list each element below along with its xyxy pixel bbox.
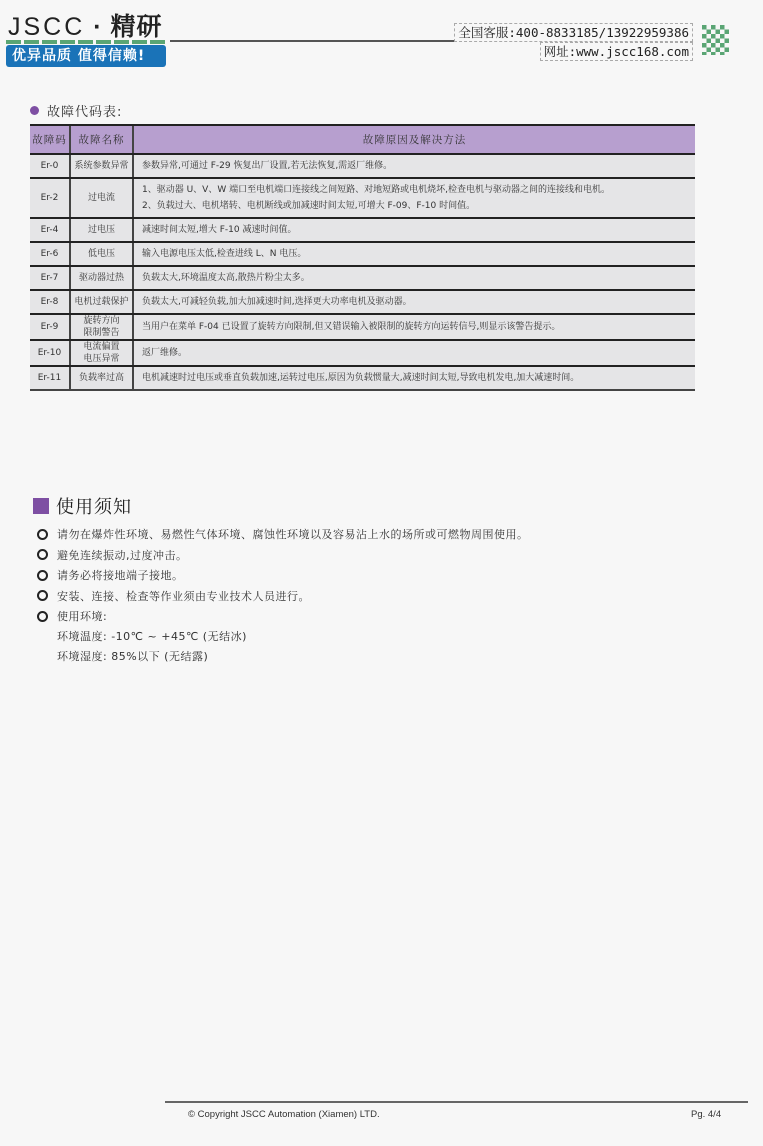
fault-code: Er-7 [30,266,70,290]
copyright-text: © Copyright JSCC Automation (Xiamen) LTD… [188,1109,380,1120]
company-logo: JSCC · 精研 [8,14,163,40]
fault-solution: 负载太大,可减轻负载,加大加减速时间,选择更大功率电机及驱动器。 [133,290,695,314]
table-row: Er-9 旋转方向 限制警告 当用户在菜单 F-04 已设置了旋转方向限制,但又… [30,314,695,340]
fault-name: 驱动器过热 [70,266,133,290]
bullet-dot-icon [30,106,39,115]
fault-name-line-1: 电流偏置 [71,341,132,353]
fault-name: 旋转方向 限制警告 [70,314,133,340]
fault-code: Er-9 [30,314,70,340]
usage-notes-list: 请勿在爆炸性环境、易燃性气体环境、腐蚀性环境以及容易沾上水的场所或可燃物周围使用… [37,524,529,667]
fault-name: 低电压 [70,242,133,266]
note-text: 请勿在爆炸性环境、易燃性气体环境、腐蚀性环境以及容易沾上水的场所或可燃物周围使用… [57,526,529,542]
fault-table-heading: 故障代码表: [30,101,122,120]
usage-notes-heading: 使用须知 [33,493,132,519]
fault-code-table: 故障码 故障名称 故障原因及解决方法 Er-0 系统参数异常 参数异常,可通过 … [30,124,695,391]
fault-solution: 电机减速时过电压或垂直负载加速,运转过电压,原因为负载惯量大,减速时间太短,导致… [133,366,695,390]
env-temperature: 环境温度: -10℃ ~ +45℃ (无结冰) [37,627,529,647]
fault-name: 过电流 [70,178,133,218]
fault-solution: 负载太大,环境温度太高,散热片粉尘太多。 [133,266,695,290]
fault-solution: 参数异常,可通过 F-29 恢复出厂设置,若无法恢复,需返厂维修。 [133,154,695,178]
table-row: Er-4 过电压 减速时间太短,增大 F-10 减速时间值。 [30,218,695,242]
fault-solution: 1、驱动器 U、V、W 端口至电机端口连接线之间短路、对地短路或电机烧坏,检查电… [133,178,695,218]
fault-solution-line-1: 1、驱动器 U、V、W 端口至电机端口连接线之间短路、对地短路或电机烧坏,检查电… [142,182,695,198]
column-header-name: 故障名称 [70,125,133,154]
fault-code: Er-11 [30,366,70,390]
manual-page: JSCC · 精研 优异品质 值得信赖! 全国客服:400-8833185/13… [0,0,763,1146]
note-text: 使用环境: [57,608,107,624]
hotline: 全国客服:400-8833185/13922959386 [454,23,693,42]
list-item: 安装、连接、检查等作业须由专业技术人员进行。 [37,586,529,607]
fault-name: 过电压 [70,218,133,242]
circle-bullet-icon [37,611,48,622]
fault-code: Er-2 [30,178,70,218]
slogan-banner: 优异品质 值得信赖! [6,45,166,67]
fault-code: Er-10 [30,340,70,366]
fault-name-line-2: 电压异常 [71,353,132,365]
list-item: 请务必将接地端子接地。 [37,565,529,586]
table-row: Er-8 电机过载保护 负载太大,可减轻负载,加大加减速时间,选择更大功率电机及… [30,290,695,314]
checker-pattern-icon [702,25,729,55]
list-item: 避免连续振动,过度冲击。 [37,545,529,566]
fault-code: Er-8 [30,290,70,314]
fault-code: Er-6 [30,242,70,266]
fault-name-line-1: 旋转方向 [71,315,132,327]
note-text: 请务必将接地端子接地。 [57,567,184,583]
fault-code: Er-0 [30,154,70,178]
usage-notes-title: 使用须知 [56,493,132,519]
logo-chinese: 精研 [111,13,163,41]
contact-info: 全国客服:400-8833185/13922959386 网址:www.jscc… [454,23,693,61]
fault-solution: 减速时间太短,增大 F-10 减速时间值。 [133,218,695,242]
logo-brand: JSCC [8,13,85,41]
fault-name-line-2: 限制警告 [71,327,132,339]
table-row: Er-0 系统参数异常 参数异常,可通过 F-29 恢复出厂设置,若无法恢复,需… [30,154,695,178]
fault-name: 电机过载保护 [70,290,133,314]
website-link[interactable]: 网址:www.jscc168.com [540,42,693,61]
fault-solution: 返厂维修。 [133,340,695,366]
logo-separator: · [85,13,110,41]
list-item: 请勿在爆炸性环境、易燃性气体环境、腐蚀性环境以及容易沾上水的场所或可燃物周围使用… [37,524,529,545]
table-header-row: 故障码 故障名称 故障原因及解决方法 [30,125,695,154]
table-row: Er-2 过电流 1、驱动器 U、V、W 端口至电机端口连接线之间短路、对地短路… [30,178,695,218]
fault-solution-line-2: 2、负载过大、电机堵转、电机断线或加减速时间太短,可增大 F-09、F-10 时… [142,198,695,214]
note-text: 避免连续振动,过度冲击。 [57,547,188,563]
list-item: 使用环境: [37,606,529,627]
fault-solution: 输入电源电压太低,检查进线 L、N 电压。 [133,242,695,266]
page-number: Pg. 4/4 [691,1109,721,1120]
circle-bullet-icon [37,549,48,560]
column-header-solution: 故障原因及解决方法 [133,125,695,154]
logo-dash-decoration [6,40,166,44]
circle-bullet-icon [37,529,48,540]
fault-name: 负载率过高 [70,366,133,390]
table-row: Er-7 驱动器过热 负载太大,环境温度太高,散热片粉尘太多。 [30,266,695,290]
note-text: 安装、连接、检查等作业须由专业技术人员进行。 [57,588,310,604]
fault-code: Er-4 [30,218,70,242]
table-row: Er-6 低电压 输入电源电压太低,检查进线 L、N 电压。 [30,242,695,266]
footer-divider [165,1101,748,1103]
fault-name: 系统参数异常 [70,154,133,178]
square-bullet-icon [33,498,49,514]
fault-solution: 当用户在菜单 F-04 已设置了旋转方向限制,但又错误输入被限制的旋转方向运转信… [133,314,695,340]
column-header-code: 故障码 [30,125,70,154]
env-humidity: 环境湿度: 85%以下 (无结露) [37,647,529,667]
table-row: Er-10 电流偏置 电压异常 返厂维修。 [30,340,695,366]
circle-bullet-icon [37,570,48,581]
table-row: Er-11 负载率过高 电机减速时过电压或垂直负载加速,运转过电压,原因为负载惯… [30,366,695,390]
fault-table-title: 故障代码表: [47,101,122,120]
fault-name: 电流偏置 电压异常 [70,340,133,366]
circle-bullet-icon [37,590,48,601]
